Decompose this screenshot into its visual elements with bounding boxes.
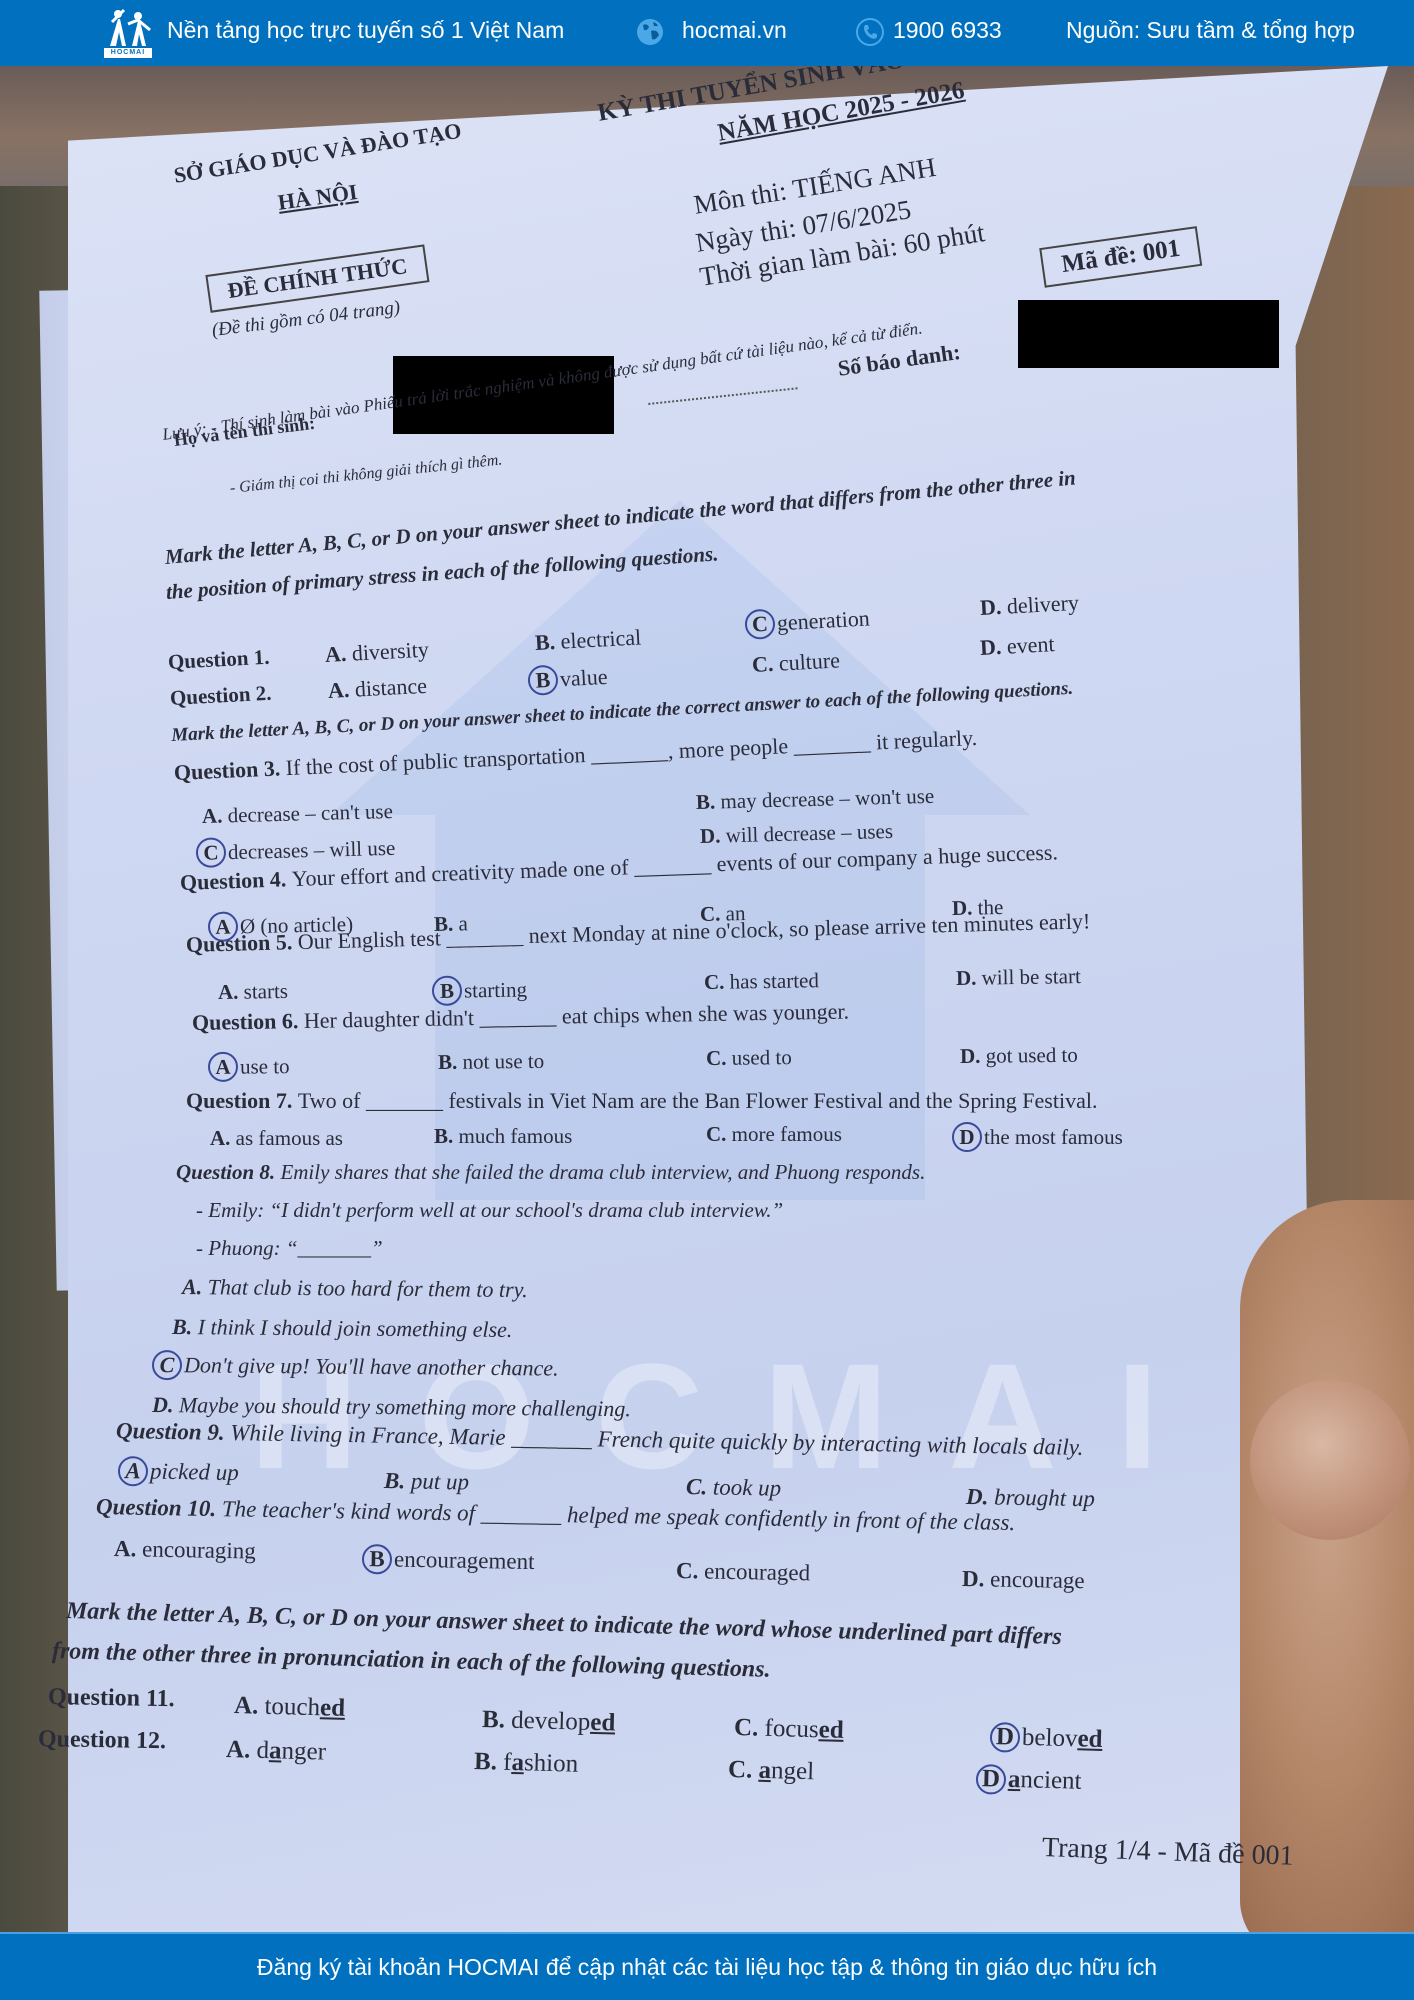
circled-answer-mark: B — [432, 976, 462, 1006]
redacted-candidate-number — [1018, 300, 1279, 368]
circled-answer-mark: D — [952, 1122, 982, 1152]
answer-option: D. encourage — [962, 1566, 1085, 1594]
answer-option: A. touched — [234, 1692, 346, 1723]
note-line-2: - Giám thị coi thi không giải thích gì t… — [229, 451, 503, 498]
hocmai-logo[interactable]: HOCMAI — [104, 8, 154, 56]
answer-option: C. used to — [706, 1045, 792, 1071]
signup-cta[interactable]: Đăng ký tài khoản HOCMAI để cập nhật các… — [257, 1954, 1157, 1981]
dialogue-line: - Emily: “I didn't perform well at our s… — [196, 1198, 783, 1223]
answer-option: A. That club is too hard for them to try… — [182, 1274, 528, 1303]
answer-option: Dbeloved — [990, 1722, 1103, 1755]
answer-option: B. I think I should join something else. — [172, 1314, 513, 1343]
circled-answer-mark: D — [976, 1764, 1007, 1795]
phone-icon — [855, 17, 885, 47]
circled-answer-mark: C — [744, 608, 776, 640]
question-label: Question 11. — [48, 1684, 175, 1713]
answer-option: CDon't give up! You'll have another chan… — [152, 1350, 559, 1384]
answer-option: A. diversity — [324, 637, 429, 668]
underlined-part: ed — [818, 1716, 844, 1744]
hocmai-logo-icon — [104, 8, 154, 48]
answer-option: Cgeneration — [744, 603, 870, 639]
question-stem: Question 10. The teacher's kind words of… — [96, 1494, 1016, 1536]
answer-option: A. as famous as — [210, 1126, 343, 1151]
answer-option: B. developed — [482, 1706, 616, 1737]
answer-option: Ause to — [208, 1051, 290, 1082]
answer-option: D. brought up — [966, 1484, 1095, 1512]
circled-answer-mark: C — [152, 1350, 182, 1380]
dialogue-line: - Phuong: “_______” — [196, 1236, 383, 1261]
answer-option: A. encouraging — [114, 1536, 256, 1564]
question-stem: Question 9. While living in France, Mari… — [116, 1418, 1084, 1461]
circled-answer-mark: B — [362, 1544, 393, 1575]
answer-option: D. will be start — [956, 964, 1081, 991]
answer-option: D. got used to — [960, 1043, 1078, 1069]
answer-option: A. starts — [218, 979, 288, 1005]
answer-option: B. put up — [384, 1468, 469, 1495]
department-name: SỞ GIÁO DỤC VÀ ĐÀO TẠO — [172, 118, 463, 189]
question-label: Question 12. — [38, 1726, 166, 1755]
answer-option: C. has started — [704, 968, 819, 995]
underlined-part: ed — [1077, 1725, 1103, 1753]
candidate-name-dots — [647, 376, 798, 410]
exam-document: SỞ GIÁO DỤC VÀ ĐÀO TẠO HÀ NỘI ĐỀ CHÍNH T… — [0, 0, 1414, 2000]
underlined-part: a — [1008, 1766, 1021, 1793]
underlined-part: a — [758, 1757, 771, 1784]
answer-option: D. delivery — [979, 590, 1079, 621]
answer-option: Dancient — [976, 1764, 1082, 1797]
answer-option: D. Maybe you should try something more c… — [152, 1392, 631, 1422]
slogan: Nền tảng học trực tuyến số 1 Việt Nam — [167, 17, 564, 44]
answer-option: Bencouragement — [362, 1544, 535, 1577]
exam-code: Mã đề: 001 — [1039, 226, 1202, 288]
top-banner: HOCMAI Nền tảng học trực tuyến số 1 Việt… — [0, 0, 1414, 66]
underlined-part: ed — [320, 1694, 346, 1722]
department-city: HÀ NỘI — [276, 179, 359, 216]
question-label: Question 2. — [169, 681, 272, 711]
answer-option: B. may decrease – won't use — [696, 784, 935, 815]
answer-option: A. decrease – can't use — [202, 799, 394, 829]
question-stem: Question 6. Her daughter didn't _______ … — [192, 999, 850, 1036]
answer-option: D. event — [979, 631, 1055, 661]
answer-option: Dthe most famous — [952, 1122, 1123, 1152]
answer-option: B. fashion — [474, 1748, 579, 1779]
section-3-instruction-cont: from the other three in pronunciation in… — [52, 1638, 771, 1684]
bottom-banner[interactable]: Đăng ký tài khoản HOCMAI để cập nhật các… — [0, 1932, 1414, 2000]
answer-option: C. angel — [728, 1756, 815, 1786]
answer-option: C. culture — [751, 647, 840, 678]
answer-option: C. took up — [686, 1474, 782, 1502]
answer-option: Bstarting — [432, 975, 527, 1006]
logo-text: HOCMAI — [104, 48, 152, 58]
answer-option: Apicked up — [118, 1456, 239, 1488]
hotline[interactable]: 1900 6933 — [893, 17, 1002, 44]
underlined-part: ed — [590, 1709, 616, 1737]
answer-option: A. distance — [327, 673, 427, 704]
answer-option: C. focused — [734, 1714, 844, 1745]
answer-option: C. more famous — [706, 1122, 842, 1147]
circled-answer-mark: A — [118, 1456, 149, 1487]
answer-option: B. much famous — [434, 1124, 572, 1149]
answer-option: Bvalue — [527, 662, 608, 696]
circled-answer-mark: C — [196, 837, 227, 868]
globe-icon — [635, 17, 665, 47]
website-link[interactable]: hocmai.vn — [682, 17, 787, 44]
underlined-part: a — [269, 1737, 282, 1764]
source-note: Nguồn: Sưu tầm & tổng hợp — [1066, 17, 1355, 44]
question-stem: Question 7. Two of _______ festivals in … — [186, 1088, 1097, 1114]
circled-answer-mark: B — [527, 664, 559, 696]
answer-option: C. encouraged — [676, 1558, 811, 1586]
underlined-part: a — [511, 1749, 524, 1776]
question-label: Question 1. — [167, 645, 270, 675]
page-info: Trang 1/4 - Mã đề 001 — [1041, 1832, 1294, 1873]
answer-option: A. danger — [226, 1736, 327, 1767]
question-stem: Question 8. Emily shares that she failed… — [176, 1160, 925, 1185]
answer-option: B. not use to — [438, 1049, 544, 1075]
circled-answer-mark: D — [990, 1722, 1021, 1753]
answer-option: B. electrical — [534, 624, 642, 656]
answer-option: D. will decrease – uses — [700, 819, 894, 849]
circled-answer-mark: A — [208, 1052, 238, 1082]
